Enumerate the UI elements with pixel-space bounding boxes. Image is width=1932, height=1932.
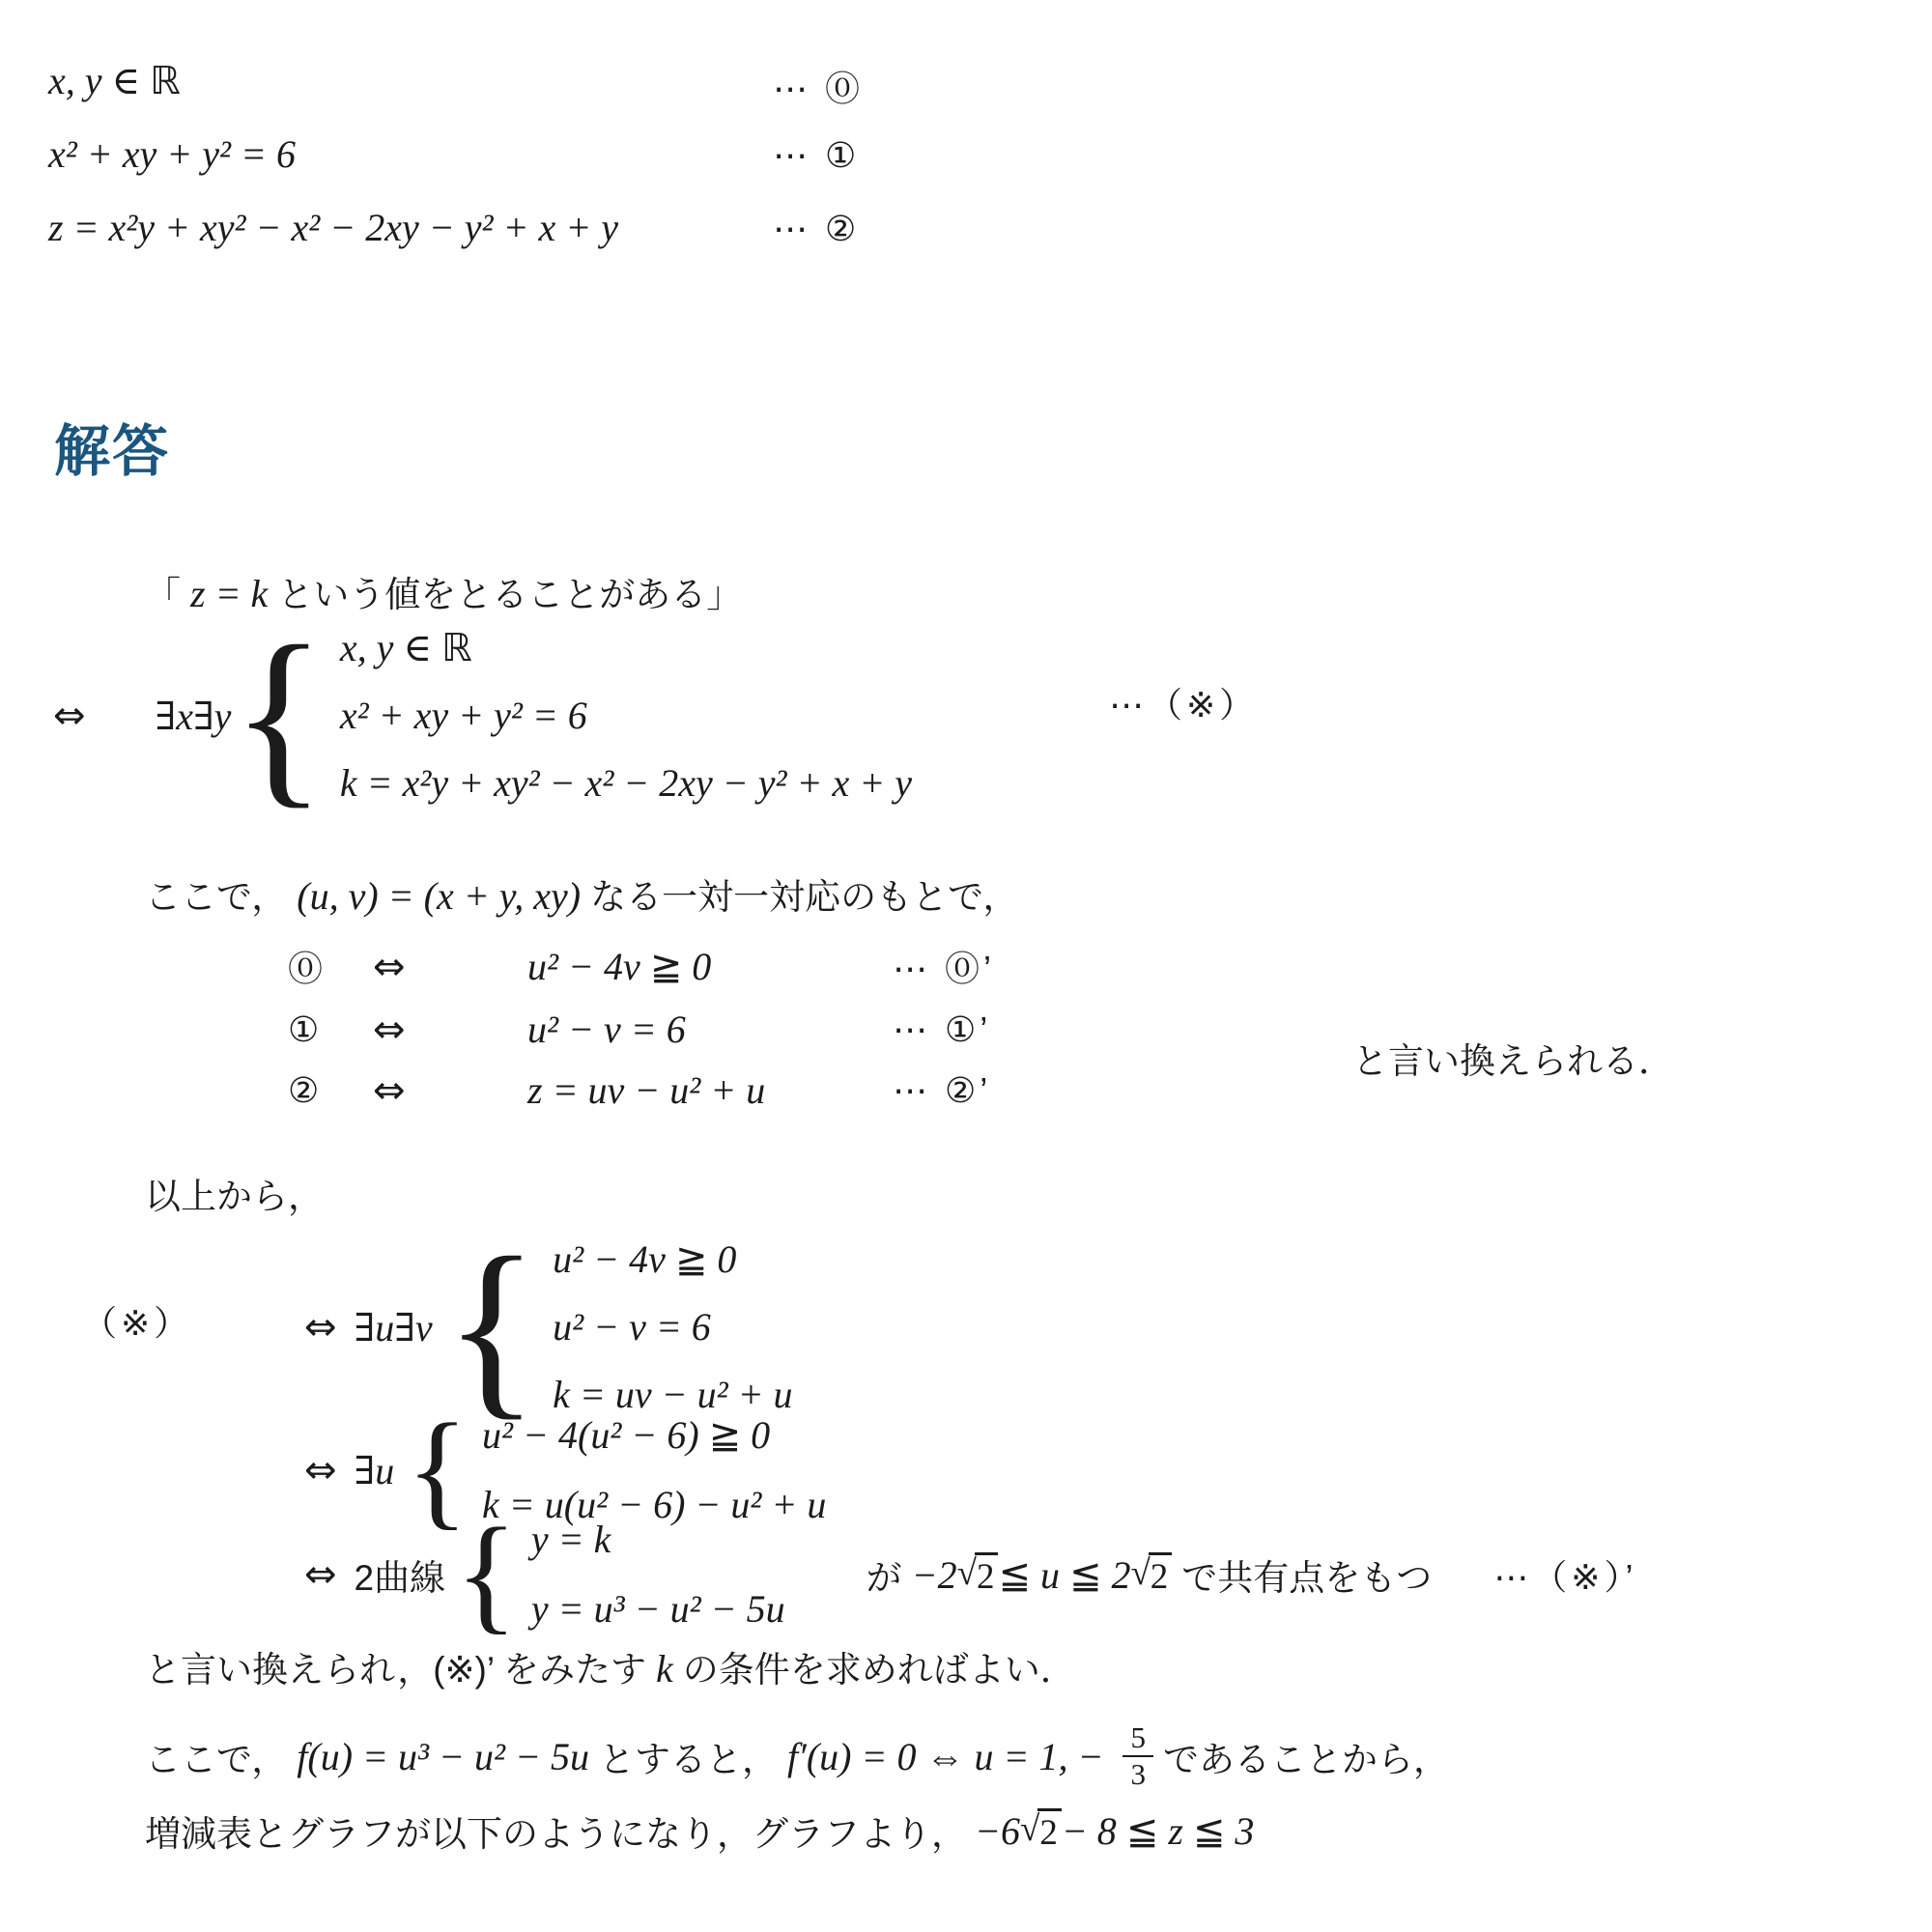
iff-arrow: ⇔ bbox=[304, 1552, 337, 1597]
system-line: y = k bbox=[531, 1515, 785, 1565]
star-label: ⋯（※） bbox=[1109, 678, 1258, 727]
system-uv: { u² − 4v ≧ 0 u² − v = 6 k = uv − u² + u bbox=[444, 1235, 793, 1420]
two-curves-step: ⇔ 2曲線 { y = k y = u³ − u² − 5u が −2√2 ≦ … bbox=[304, 1515, 1636, 1634]
given-equation-1-label: ⋯ ① bbox=[773, 135, 860, 176]
system-curves: { y = k y = u³ − u² − 5u bbox=[455, 1515, 785, 1634]
iff-arrow: ⇔ bbox=[53, 694, 86, 738]
radicand: 2 bbox=[1037, 1808, 1062, 1854]
sqrt-radical: √2 bbox=[1130, 1552, 1172, 1598]
iff-arrow: ⇔ bbox=[373, 945, 527, 989]
system-u-lines: u² − 4(u² − 6) ≧ 0 k = u(u² − 6) − u² + … bbox=[482, 1410, 826, 1530]
answer-heading: 解答 bbox=[54, 406, 170, 487]
row-label: ⋯ ①’ bbox=[893, 1009, 995, 1050]
derivative-eq: f′(u) = 0 ⇔ u = 1, − bbox=[787, 1734, 1103, 1779]
fraction-numerator: 5 bbox=[1122, 1720, 1153, 1755]
rephrase-math: k bbox=[656, 1647, 673, 1690]
substitution-pre: ここで， bbox=[145, 877, 287, 917]
system-line: y = u³ − u² − 5u bbox=[531, 1584, 785, 1634]
star-lhs: （※） bbox=[82, 1296, 192, 1346]
quote-text: という値をとることがある」 bbox=[277, 575, 742, 614]
radical-sign: √ bbox=[1020, 1808, 1039, 1854]
left-brace: { bbox=[231, 632, 326, 800]
star-prime-label: ⋯（※）’ bbox=[1493, 1550, 1636, 1600]
row-equation: z = uv − u² + u bbox=[527, 1067, 893, 1113]
row-number: ⓪ bbox=[288, 942, 373, 991]
exists-xy-quantifier: ∃x∃y bbox=[156, 694, 232, 739]
system-xy: { x, y ∈ ℝ x² + xy + y² = 6 k = x²y + xy… bbox=[231, 623, 912, 809]
left-brace: { bbox=[455, 1520, 518, 1631]
system-line: k = x²y + xy² − x² − 2xy − y² + x + y bbox=[340, 758, 912, 809]
system-line: x, y ∈ ℝ bbox=[340, 623, 912, 673]
rephrase-pre: と言い換えられ，(※)’ をみたす bbox=[145, 1650, 646, 1690]
given-equation-0: x, y ∈ ℝ bbox=[48, 58, 181, 103]
two-curves-text: 2曲線 bbox=[355, 1548, 446, 1601]
radical-sign: √ bbox=[1130, 1552, 1150, 1598]
derivative-pre: ここで， bbox=[145, 1730, 287, 1782]
iff-arrow: ⇔ bbox=[373, 1008, 527, 1052]
system-line: u² − v = 6 bbox=[553, 1302, 792, 1352]
radical-sign: √ bbox=[957, 1552, 977, 1598]
interval-condition: が −2√2 ≦ u ≦ 2√2 で共有点をもつ bbox=[867, 1548, 1433, 1601]
sqrt-radical: √2 bbox=[1020, 1808, 1062, 1854]
row-label: ⋯ ⓪’ bbox=[893, 942, 995, 991]
condition-math-1: −2 bbox=[912, 1552, 957, 1598]
exists-u-step: ⇔ ∃u { u² − 4(u² − 6) ≧ 0 k = u(u² − 6) … bbox=[304, 1410, 826, 1530]
substitution-math: (u, v) = (x + y, xy) bbox=[297, 874, 581, 918]
iff-arrow: ⇔ bbox=[373, 1068, 527, 1113]
conclusion-pre: 増減表とグラフが以下のようになり，グラフより， bbox=[145, 1804, 967, 1857]
system-curves-lines: y = k y = u³ − u² − 5u bbox=[531, 1515, 785, 1634]
derivative-post: であることから， bbox=[1163, 1730, 1449, 1782]
quote-open-bracket: 「 bbox=[145, 575, 181, 614]
row-equation: u² − v = 6 bbox=[527, 1007, 893, 1052]
condition-pre: が bbox=[867, 1548, 902, 1601]
rephrase-post: の条件を求めればよい． bbox=[683, 1650, 1076, 1690]
derivative-def: f(u) = u³ − u² − 5u bbox=[297, 1734, 589, 1779]
conclusion-math-2: − 8 ≦ z ≦ 3 bbox=[1062, 1808, 1255, 1854]
rephrase-sentence: と言い換えられ，(※)’ をみたすkの条件を求めればよい． bbox=[145, 1640, 1076, 1692]
radicand: 2 bbox=[975, 1552, 999, 1598]
row-number: ① bbox=[288, 1009, 373, 1050]
substitution-sentence: ここで，(u, v) = (x + y, xy)なる一対一対応のもとで， bbox=[145, 867, 1018, 920]
conclusion-sentence: 増減表とグラフが以下のようになり，グラフより， −6√2 − 8 ≦ z ≦ 3 bbox=[145, 1804, 1254, 1857]
substitution-post: なる一対一対応のもとで， bbox=[590, 877, 1018, 917]
system-uv-lines: u² − 4v ≧ 0 u² − v = 6 k = uv − u² + u bbox=[553, 1235, 792, 1420]
system-xy-lines: x, y ∈ ℝ x² + xy + y² = 6 k = x²y + xy² … bbox=[340, 623, 912, 809]
iff-arrow: ⇔ bbox=[304, 1448, 337, 1492]
exists-u-quantifier: ∃u bbox=[355, 1448, 395, 1493]
row-number: ② bbox=[288, 1070, 373, 1111]
given-equation-0-label: ⋯ ⓪ bbox=[773, 62, 864, 111]
from-above-text: 以上から， bbox=[145, 1167, 324, 1219]
system-line: u² − 4v ≧ 0 bbox=[553, 1235, 792, 1285]
system-line: x² + xy + y² = 6 bbox=[340, 691, 912, 741]
given-equation-2: z = x²y + xy² − x² − 2xy − y² + x + y bbox=[48, 205, 618, 250]
math-solution-document: x, y ∈ ℝ ⋯ ⓪ x² + xy + y² = 6 ⋯ ① z = x²… bbox=[0, 0, 1932, 1932]
correspondence-table: ⓪ ⇔ u² − 4v ≧ 0 ⋯ ⓪’ ① ⇔ u² − v = 6 ⋯ ①’… bbox=[288, 942, 995, 1113]
derivative-sentence: ここで， f(u) = u³ − u² − 5u とすると， f′(u) = 0… bbox=[145, 1706, 1449, 1806]
condition-post: で共有点をもつ bbox=[1181, 1548, 1432, 1601]
row-label: ⋯ ②’ bbox=[893, 1070, 995, 1111]
fraction-five-thirds: 5 3 bbox=[1122, 1720, 1153, 1791]
given-equation-2-label: ⋯ ② bbox=[773, 209, 860, 249]
exists-uv-step: ⇔ ∃u∃v { u² − 4v ≧ 0 u² − v = 6 k = uv −… bbox=[304, 1235, 793, 1420]
fraction-denominator: 3 bbox=[1122, 1755, 1153, 1792]
exists-xy-step: ⇔ ∃x∃y { x, y ∈ ℝ x² + xy + y² = 6 k = x… bbox=[53, 623, 912, 809]
condition-math-2: ≦ u ≦ 2 bbox=[998, 1552, 1130, 1598]
system-line: u² − 4(u² − 6) ≧ 0 bbox=[482, 1410, 826, 1461]
exists-uv-quantifier: ∃u∃v bbox=[355, 1305, 433, 1350]
left-brace: { bbox=[444, 1243, 539, 1411]
given-equation-1: x² + xy + y² = 6 bbox=[48, 131, 296, 177]
iff-arrow: ⇔ bbox=[304, 1305, 337, 1350]
conclusion-math-1: −6 bbox=[975, 1808, 1020, 1854]
radicand: 2 bbox=[1149, 1552, 1173, 1598]
sqrt-radical: √2 bbox=[957, 1552, 999, 1598]
row-equation: u² − 4v ≧ 0 bbox=[527, 944, 893, 989]
table-tail-text: と言い換えられる． bbox=[1352, 1032, 1674, 1084]
derivative-mid: とすると， bbox=[599, 1730, 778, 1782]
